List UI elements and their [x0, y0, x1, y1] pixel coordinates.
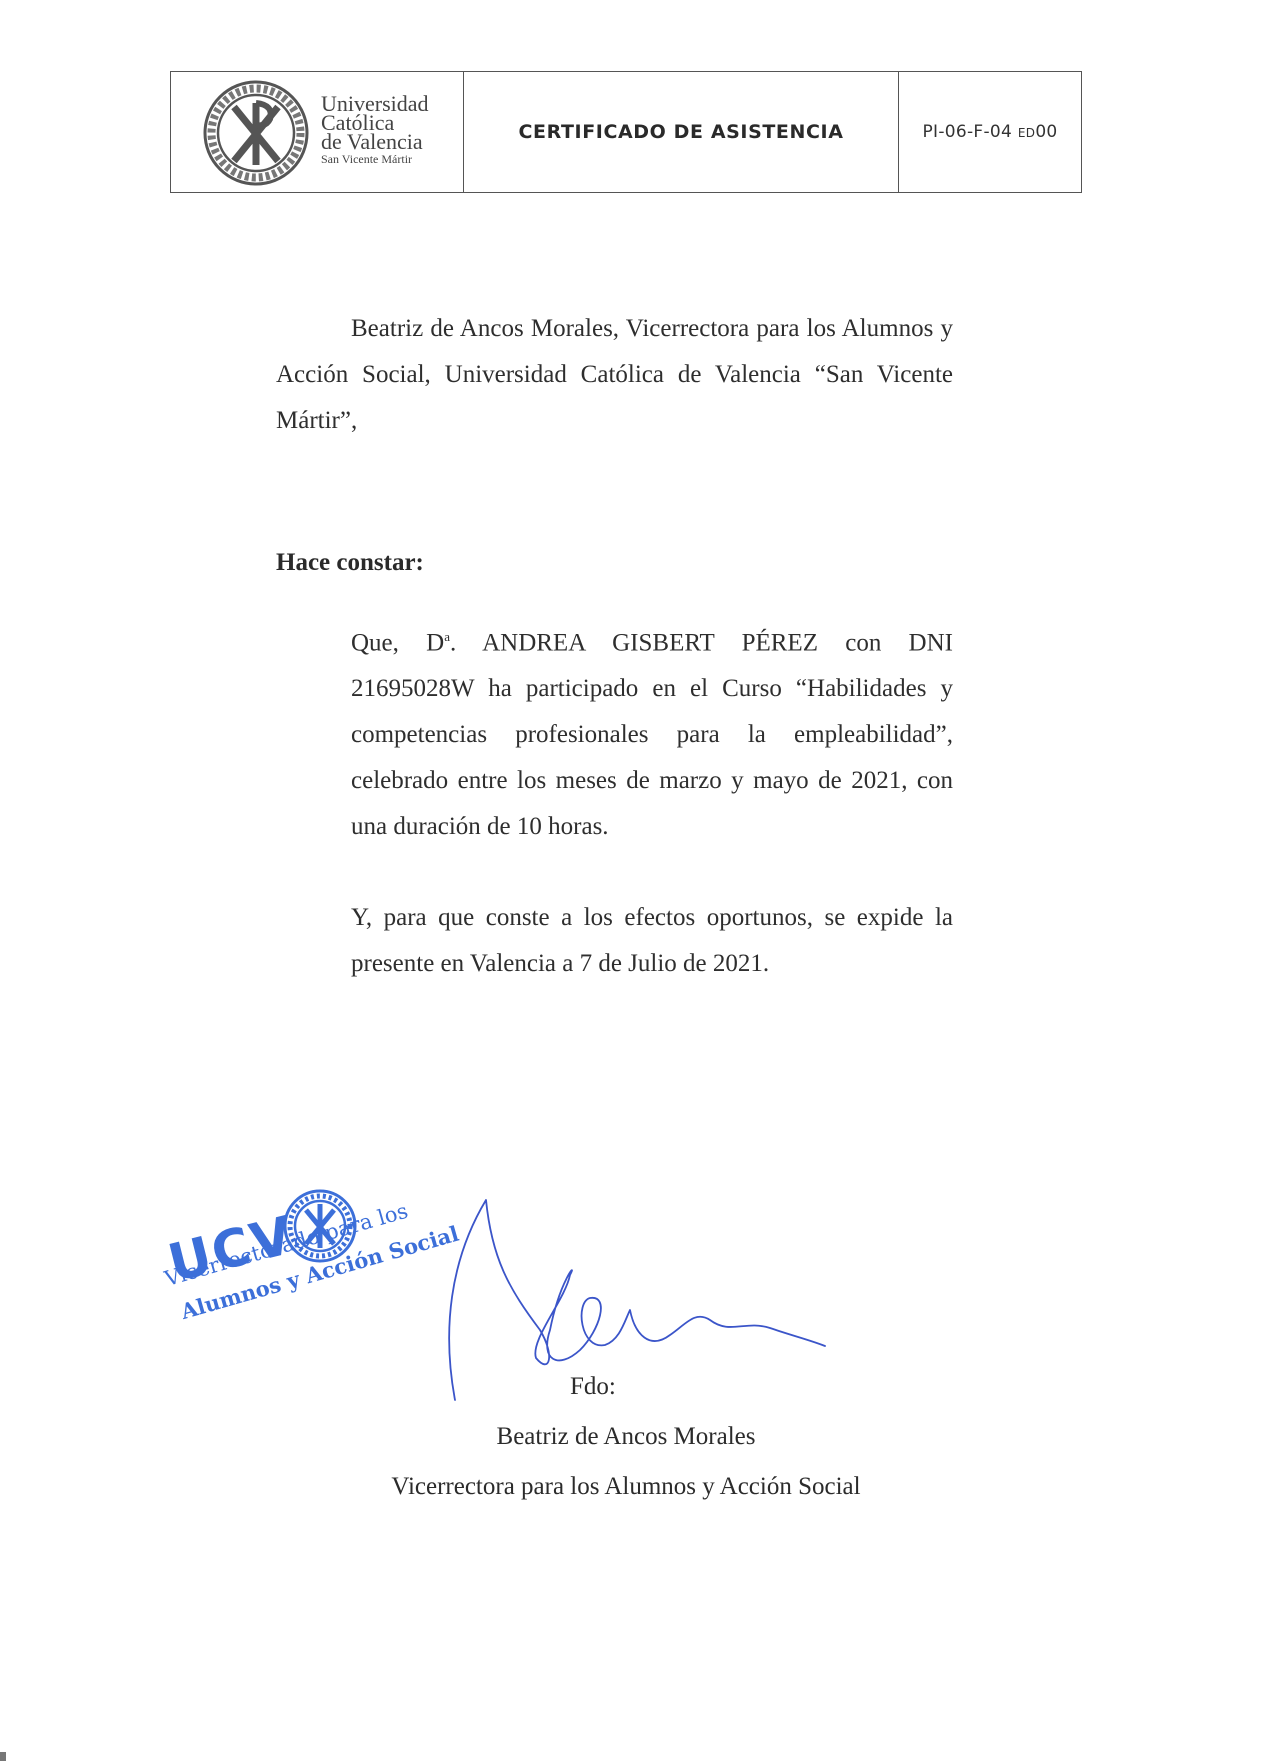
header-table: Universidad Católica de Valencia San Vic…: [170, 71, 1082, 193]
logo-cell: Universidad Católica de Valencia San Vic…: [171, 72, 464, 192]
handwritten-signature: [440, 1180, 860, 1420]
signer-title: Vicerrectora para los Alumnos y Acción S…: [368, 1473, 884, 1501]
official-stamp: UCV Vicerrectorado para los Alumnos y Ac…: [160, 1180, 480, 1380]
document-code: PI-06-F-04 ED00: [922, 122, 1057, 142]
code-edition-label: ED: [1018, 126, 1035, 140]
title-cell: CERTIFICADO DE ASISTENCIA: [464, 72, 899, 192]
signer-name: Beatriz de Ancos Morales: [368, 1423, 884, 1451]
closing-paragraph: Y, para que conste a los efectos oportun…: [351, 895, 953, 987]
university-seal-icon: [202, 79, 310, 187]
university-name: Universidad Católica de Valencia San Vic…: [321, 94, 429, 167]
code-main: PI-06-F-04: [922, 122, 1017, 142]
code-edition-number: 00: [1035, 122, 1057, 142]
logo-line-3: de Valencia: [321, 132, 429, 151]
signed-by-label: Fdo:: [570, 1373, 616, 1401]
scan-edge-mark: [0, 1752, 6, 1761]
document-title: CERTIFICADO DE ASISTENCIA: [518, 121, 843, 143]
statement-paragraph: Que, Da. ANDREA GISBERT PÉREZ con DNI 21…: [351, 614, 953, 850]
intro-paragraph: Beatriz de Ancos Morales, Vicerrectora p…: [276, 306, 953, 444]
statement-prefix: Que, D: [351, 629, 444, 656]
statement-rest: . ANDREA GISBERT PÉREZ con DNI 21695028W…: [351, 629, 953, 840]
code-cell: PI-06-F-04 ED00: [899, 72, 1081, 192]
hace-constar-heading: Hace constar:: [276, 549, 424, 577]
